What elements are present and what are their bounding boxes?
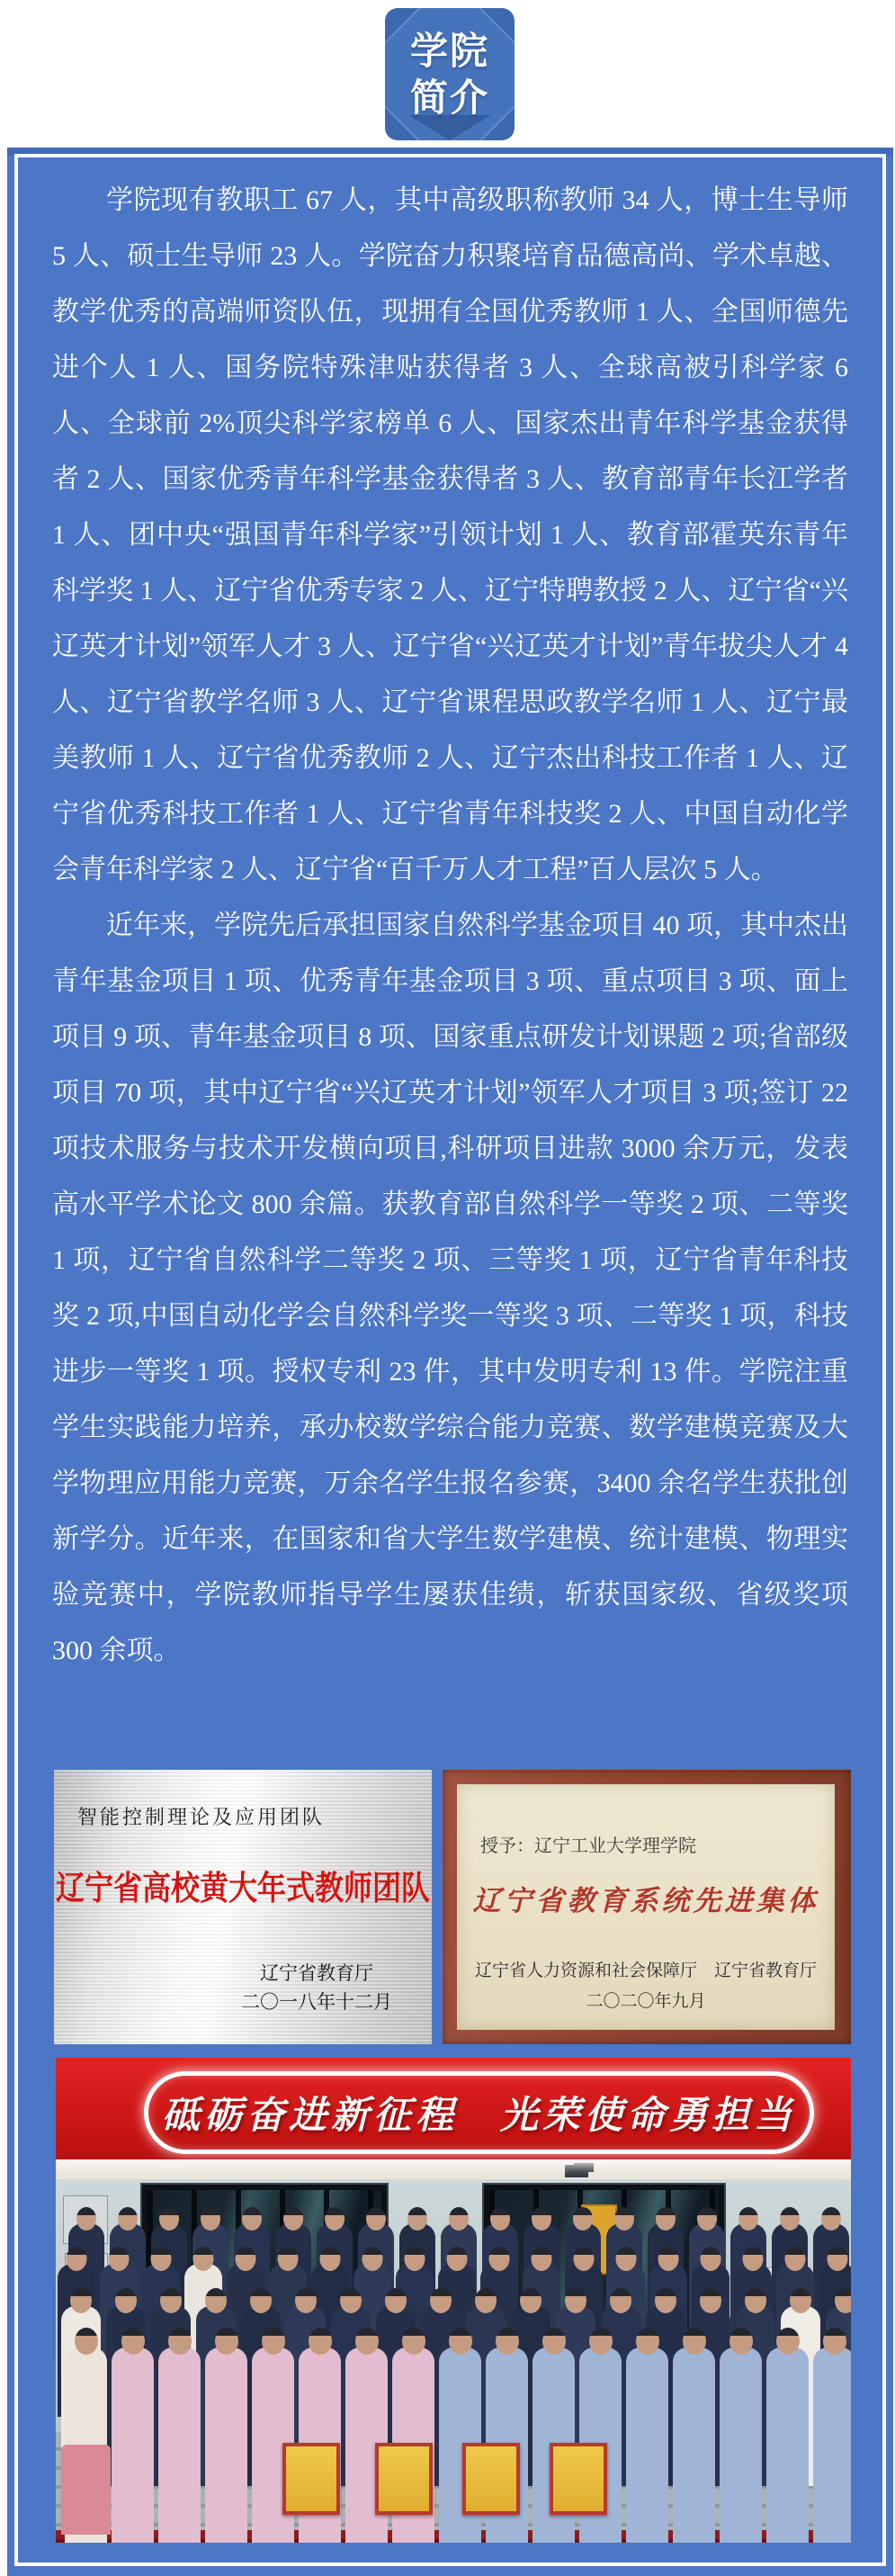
person-head — [475, 2288, 497, 2313]
plaque-team-name: 智能控制理论及应用团队 — [77, 1802, 325, 1830]
person-head — [109, 2247, 130, 2271]
person-head — [790, 2288, 811, 2313]
person-head — [75, 2328, 98, 2355]
plaque-date: 二〇一八年十二月 — [227, 1988, 407, 2016]
person-figure — [813, 2347, 851, 2543]
section-badge: 学院 简介 — [385, 8, 515, 140]
person-head — [743, 2247, 764, 2271]
person-head — [683, 2328, 706, 2355]
person-head — [729, 2328, 753, 2355]
plaque-award-title: 辽宁省教育系统先进集体 — [457, 1878, 835, 1918]
person-head — [121, 2328, 145, 2355]
person-head — [215, 2328, 238, 2355]
person-head — [636, 2328, 659, 2355]
person-head — [159, 2207, 179, 2230]
person-head — [745, 2288, 766, 2313]
person-head — [449, 2328, 472, 2355]
person-head — [655, 2288, 676, 2313]
plaque-grant-line: 授予：辽宁工业大学理学院 — [480, 1831, 696, 1857]
person-head — [250, 2288, 272, 2313]
award-certificate — [550, 2443, 607, 2515]
person-head — [405, 2247, 425, 2271]
person-head — [283, 2207, 303, 2230]
person-head — [320, 2247, 341, 2271]
person-head — [115, 2288, 137, 2313]
photo-banner: 砥砺奋进新征程 光荣使命勇担当 — [56, 2058, 851, 2162]
award-certificate — [282, 2443, 340, 2515]
person-head — [385, 2288, 407, 2313]
person-head — [447, 2247, 468, 2271]
person-head — [407, 2207, 427, 2230]
plaque-image-advanced-collective[interactable]: 授予：辽宁工业大学理学院 辽宁省教育系统先进集体 辽宁省人力资源和社会保障厅 辽… — [443, 1770, 851, 2044]
person-figure — [720, 2347, 762, 2543]
person-head — [697, 2207, 717, 2230]
plaque-paper: 授予：辽宁工业大学理学院 辽宁省教育系统先进集体 辽宁省人力资源和社会保障厅 辽… — [457, 1784, 835, 2030]
person-head — [542, 2328, 566, 2355]
person-head — [489, 2247, 510, 2271]
person-head — [738, 2207, 758, 2230]
plaque-issuer: 辽宁省教育厅 — [227, 1959, 407, 1988]
person-head — [701, 2247, 721, 2271]
person-head — [205, 2288, 227, 2313]
person-head — [658, 2247, 679, 2271]
badge-line2: 简介 — [410, 75, 489, 121]
banner-slogan: 砥砺奋进新征程 光荣使命勇担当 — [162, 2086, 796, 2140]
person-head — [151, 2247, 172, 2271]
intro-paragraph-2: 近年来，学院先后承担国家自然科学基金项目 40 项，其中杰出青年基金项目 1 项… — [52, 898, 848, 1679]
person-head — [835, 2288, 851, 2313]
person-head — [325, 2207, 345, 2230]
intro-paragraph-1: 学院现有教职工 67 人，其中高级职称教师 34 人，博士生导师 5 人、硕士生… — [52, 173, 848, 898]
person-head — [616, 2247, 637, 2271]
person-head — [309, 2328, 332, 2355]
plaque-image-huangdanian-team[interactable]: 智能控制理论及应用团队 辽宁省高校黄大年式教师团队 辽宁省教育厅 二〇一八年十二… — [54, 1770, 432, 2044]
person-head — [520, 2288, 541, 2313]
person-head — [118, 2207, 138, 2230]
group-photo[interactable]: 砥砺奋进新征程 光荣使命勇担当 — [56, 2058, 851, 2543]
plaque-issuer-date: 辽宁省教育厅 二〇一八年十二月 — [227, 1959, 407, 2016]
person-head — [532, 2247, 552, 2271]
person-head — [278, 2247, 299, 2271]
person-head — [236, 2247, 256, 2271]
person-head — [70, 2288, 92, 2313]
person-head — [785, 2247, 806, 2271]
person-head — [776, 2328, 800, 2355]
person-head — [700, 2288, 721, 2313]
person-head — [76, 2207, 96, 2230]
person-head — [574, 2247, 595, 2271]
person-head — [355, 2328, 379, 2355]
person-head — [780, 2207, 800, 2230]
person-figure — [112, 2347, 154, 2543]
plaque-issuers: 辽宁省人力资源和社会保障厅 辽宁省教育厅 — [457, 1957, 835, 1981]
person-figure — [205, 2347, 247, 2543]
section-badge-title: 学院 简介 — [385, 8, 515, 140]
person-head — [821, 2207, 841, 2230]
person-head — [823, 2328, 846, 2355]
plaque-date: 二〇二〇年九月 — [457, 1988, 835, 2012]
person-head — [589, 2328, 613, 2355]
award-certificate — [462, 2443, 520, 2515]
person-skirt — [61, 2445, 111, 2535]
person-head — [565, 2288, 586, 2313]
plaque-award-title: 辽宁省高校黄大年式教师团队 — [54, 1862, 432, 1910]
person-head — [430, 2288, 452, 2313]
award-plaques-row: 智能控制理论及应用团队 辽宁省高校黄大年式教师团队 辽宁省教育厅 二〇一八年十二… — [54, 1770, 851, 2044]
person-head — [496, 2328, 519, 2355]
person-head — [67, 2247, 87, 2271]
person-head — [201, 2207, 220, 2230]
person-head — [449, 2207, 469, 2230]
person-head — [614, 2207, 634, 2230]
person-figure — [626, 2347, 668, 2543]
person-head — [366, 2207, 386, 2230]
person-head — [193, 2247, 214, 2271]
person-head — [168, 2328, 192, 2355]
person-head — [828, 2247, 848, 2271]
person-head — [610, 2288, 631, 2313]
person-head — [362, 2247, 383, 2271]
badge-line1: 学院 — [410, 28, 489, 75]
intro-text: 学院现有教职工 67 人，其中高级职称教师 34 人，博士生导师 5 人、硕士生… — [52, 173, 848, 1679]
person-head — [242, 2207, 262, 2230]
person-figure — [766, 2347, 809, 2543]
person-head — [656, 2207, 676, 2230]
person-figure — [158, 2347, 201, 2543]
person-figure — [673, 2347, 715, 2543]
person-head — [532, 2207, 551, 2230]
person-head — [573, 2207, 593, 2230]
person-head — [160, 2288, 182, 2313]
person-head — [340, 2288, 362, 2313]
person-head — [490, 2207, 510, 2230]
award-certificate — [375, 2443, 433, 2515]
person-head — [262, 2328, 285, 2355]
banner-frame: 砥砺奋进新征程 光荣使命勇担当 — [144, 2071, 814, 2154]
person-head — [295, 2288, 317, 2313]
content-panel: 学院现有教职工 67 人，其中高级职称教师 34 人，博士生导师 5 人、硕士生… — [7, 148, 893, 2576]
article-page: 学院 简介 学院现有教职工 67 人，其中高级职称教师 34 人，博士生导师 5… — [0, 0, 895, 2576]
person-head — [402, 2328, 425, 2355]
